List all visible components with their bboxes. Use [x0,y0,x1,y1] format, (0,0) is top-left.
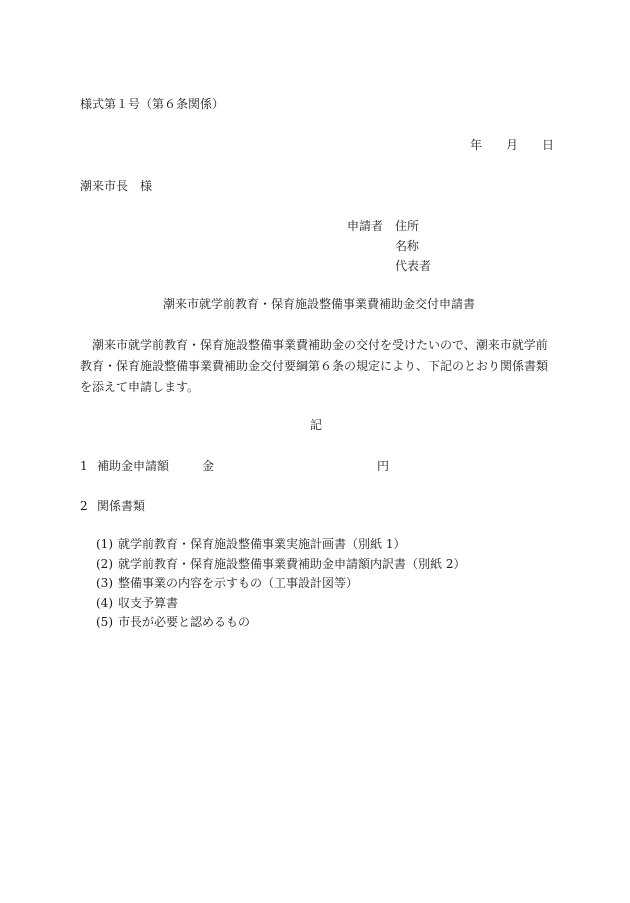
year-label: 年 [470,137,482,153]
list-item-number: (1) [96,535,118,555]
list-item-text: 就学前教育・保育施設整備事業費補助金申請額内訳書（別紙 2） [118,557,465,571]
item1-yen: 円 [377,458,389,474]
item2-label: 関係書類 [97,498,145,514]
list-item: (5)市長が必要と認めるもの [96,613,465,633]
applicant-address-label: 住所 [395,218,419,234]
documents-list: (1)就学前教育・保育施設整備事業実施計画書（別紙 1） (2)就学前教育・保育… [96,535,465,633]
list-item: (3)整備事業の内容を示すもの（工事設計図等） [96,574,465,594]
applicant-representative-label: 代表者 [395,258,431,274]
list-item-text: 市長が必要と認めるもの [118,615,250,629]
form-number: 様式第１号（第６条関係） [80,96,224,112]
list-item-number: (4) [96,594,118,614]
item1-number: 1 [80,458,88,474]
list-item: (1)就学前教育・保育施設整備事業実施計画書（別紙 1） [96,535,465,555]
document-title: 潮来市就学前教育・保育施設整備事業費補助金交付申請書 [163,296,475,312]
applicant-label: 申請者 [347,218,383,234]
ki-heading: 記 [310,417,322,433]
date-line: 年月日 [470,137,554,153]
list-item-number: (3) [96,574,118,594]
list-item-text: 就学前教育・保育施設整備事業実施計画書（別紙 1） [118,537,405,551]
day-label: 日 [542,137,554,153]
list-item-text: 収支予算書 [118,596,178,610]
item2-number: 2 [80,498,88,514]
list-item-text: 整備事業の内容を示すもの（工事設計図等） [118,576,358,590]
month-label: 月 [506,137,518,153]
body-paragraph: 潮来市就学前教育・保育施設整備事業費補助金の交付を受けたいので、潮来市就学前教育… [80,335,550,398]
addressee: 潮来市長 様 [80,178,152,194]
item1-kin: 金 [202,458,214,474]
item1-label: 補助金申請額 [97,458,169,474]
list-item-number: (5) [96,613,118,633]
list-item: (2)就学前教育・保育施設整備事業費補助金申請額内訳書（別紙 2） [96,555,465,575]
applicant-name-label: 名称 [395,238,419,254]
list-item: (4)収支予算書 [96,594,465,614]
list-item-number: (2) [96,555,118,575]
